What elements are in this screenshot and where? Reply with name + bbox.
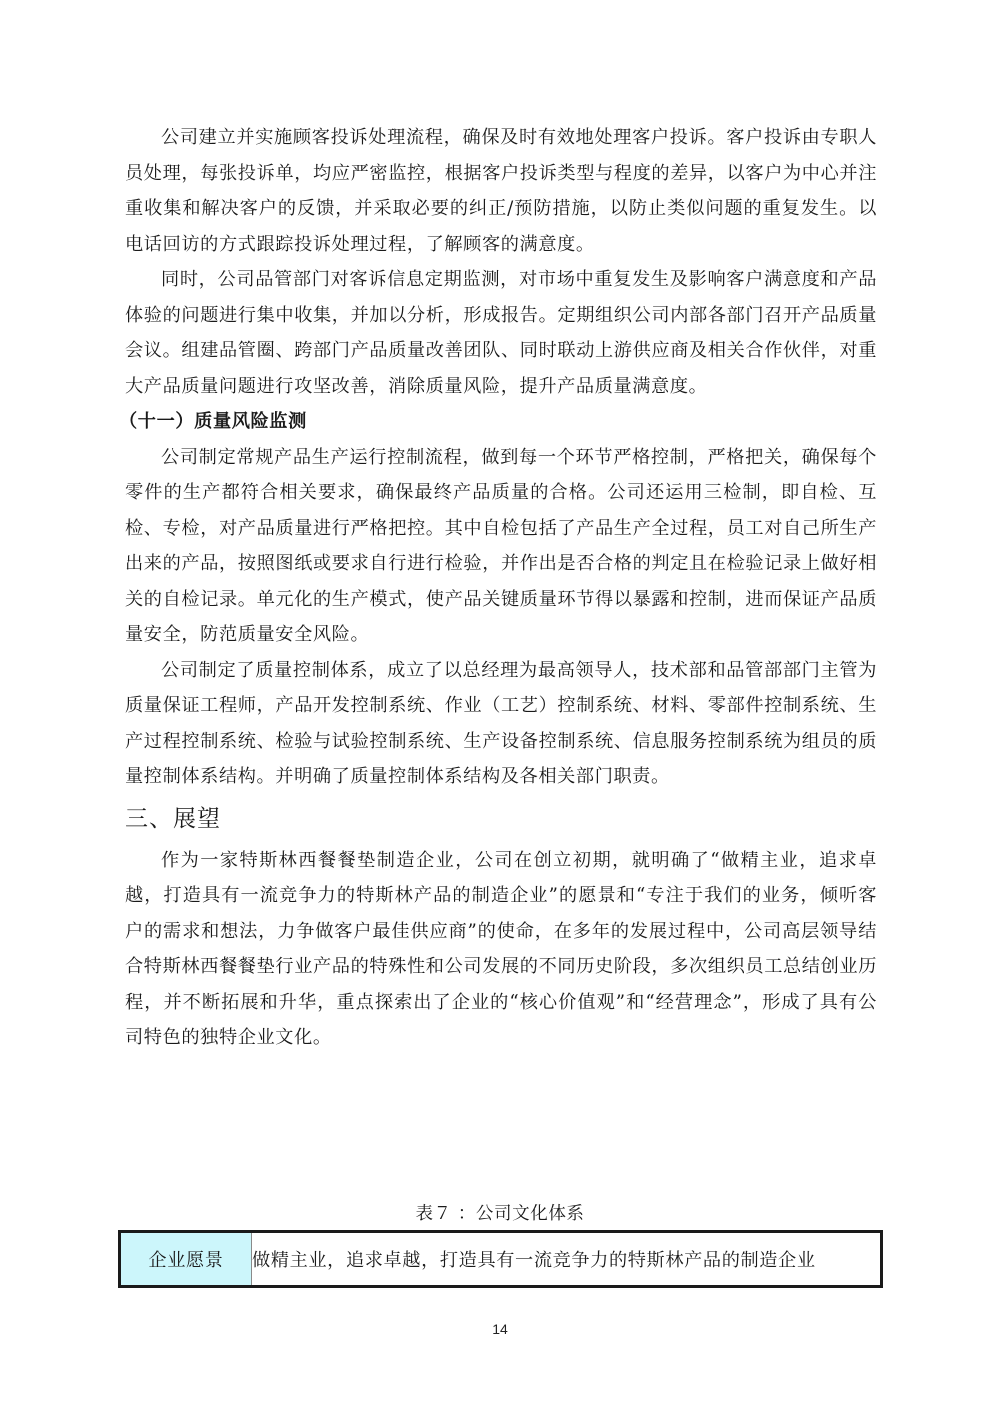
page-number: 14 <box>0 1321 1000 1337</box>
section-heading: 三、展望 <box>125 795 877 843</box>
table-label-cell: 企业愿景 <box>120 1232 252 1287</box>
paragraph-production-control: 公司制定常规产品生产运行控制流程，做到每一个环节严格控制，严格把关，确保每个零件… <box>125 440 877 653</box>
subsection-heading: （十一）质量风险监测 <box>119 404 871 440</box>
table-value-cell: 做精主业，追求卓越，打造具有一流竞争力的特斯林产品的制造企业 <box>252 1232 882 1287</box>
page-body: 公司建立并实施顾客投诉处理流程，确保及时有效地处理客户投诉。客户投诉由专职人员处… <box>125 120 877 1056</box>
paragraph-quality-system: 公司制定了质量控制体系，成立了以总经理为最高领导人，技术部和品管部部门主管为质量… <box>125 653 877 795</box>
paragraph-outlook: 作为一家特斯林西餐餐垫制造企业，公司在创立初期，就明确了“做精主业，追求卓越，打… <box>125 843 877 1056</box>
table-caption: 表７ ：公司文化体系 <box>0 1200 1000 1228</box>
company-culture-table: 企业愿景 做精主业，追求卓越，打造具有一流竞争力的特斯林产品的制造企业 <box>118 1230 883 1288</box>
paragraph-complaint-handling: 公司建立并实施顾客投诉处理流程，确保及时有效地处理客户投诉。客户投诉由专职人员处… <box>125 120 877 262</box>
document-page: 公司建立并实施顾客投诉处理流程，确保及时有效地处理客户投诉。客户投诉由专职人员处… <box>0 0 1000 1415</box>
table-row: 企业愿景 做精主业，追求卓越，打造具有一流竞争力的特斯林产品的制造企业 <box>120 1232 882 1287</box>
paragraph-quality-monitoring: 同时，公司品管部门对客诉信息定期监测，对市场中重复发生及影响客户满意度和产品体验… <box>125 262 877 404</box>
